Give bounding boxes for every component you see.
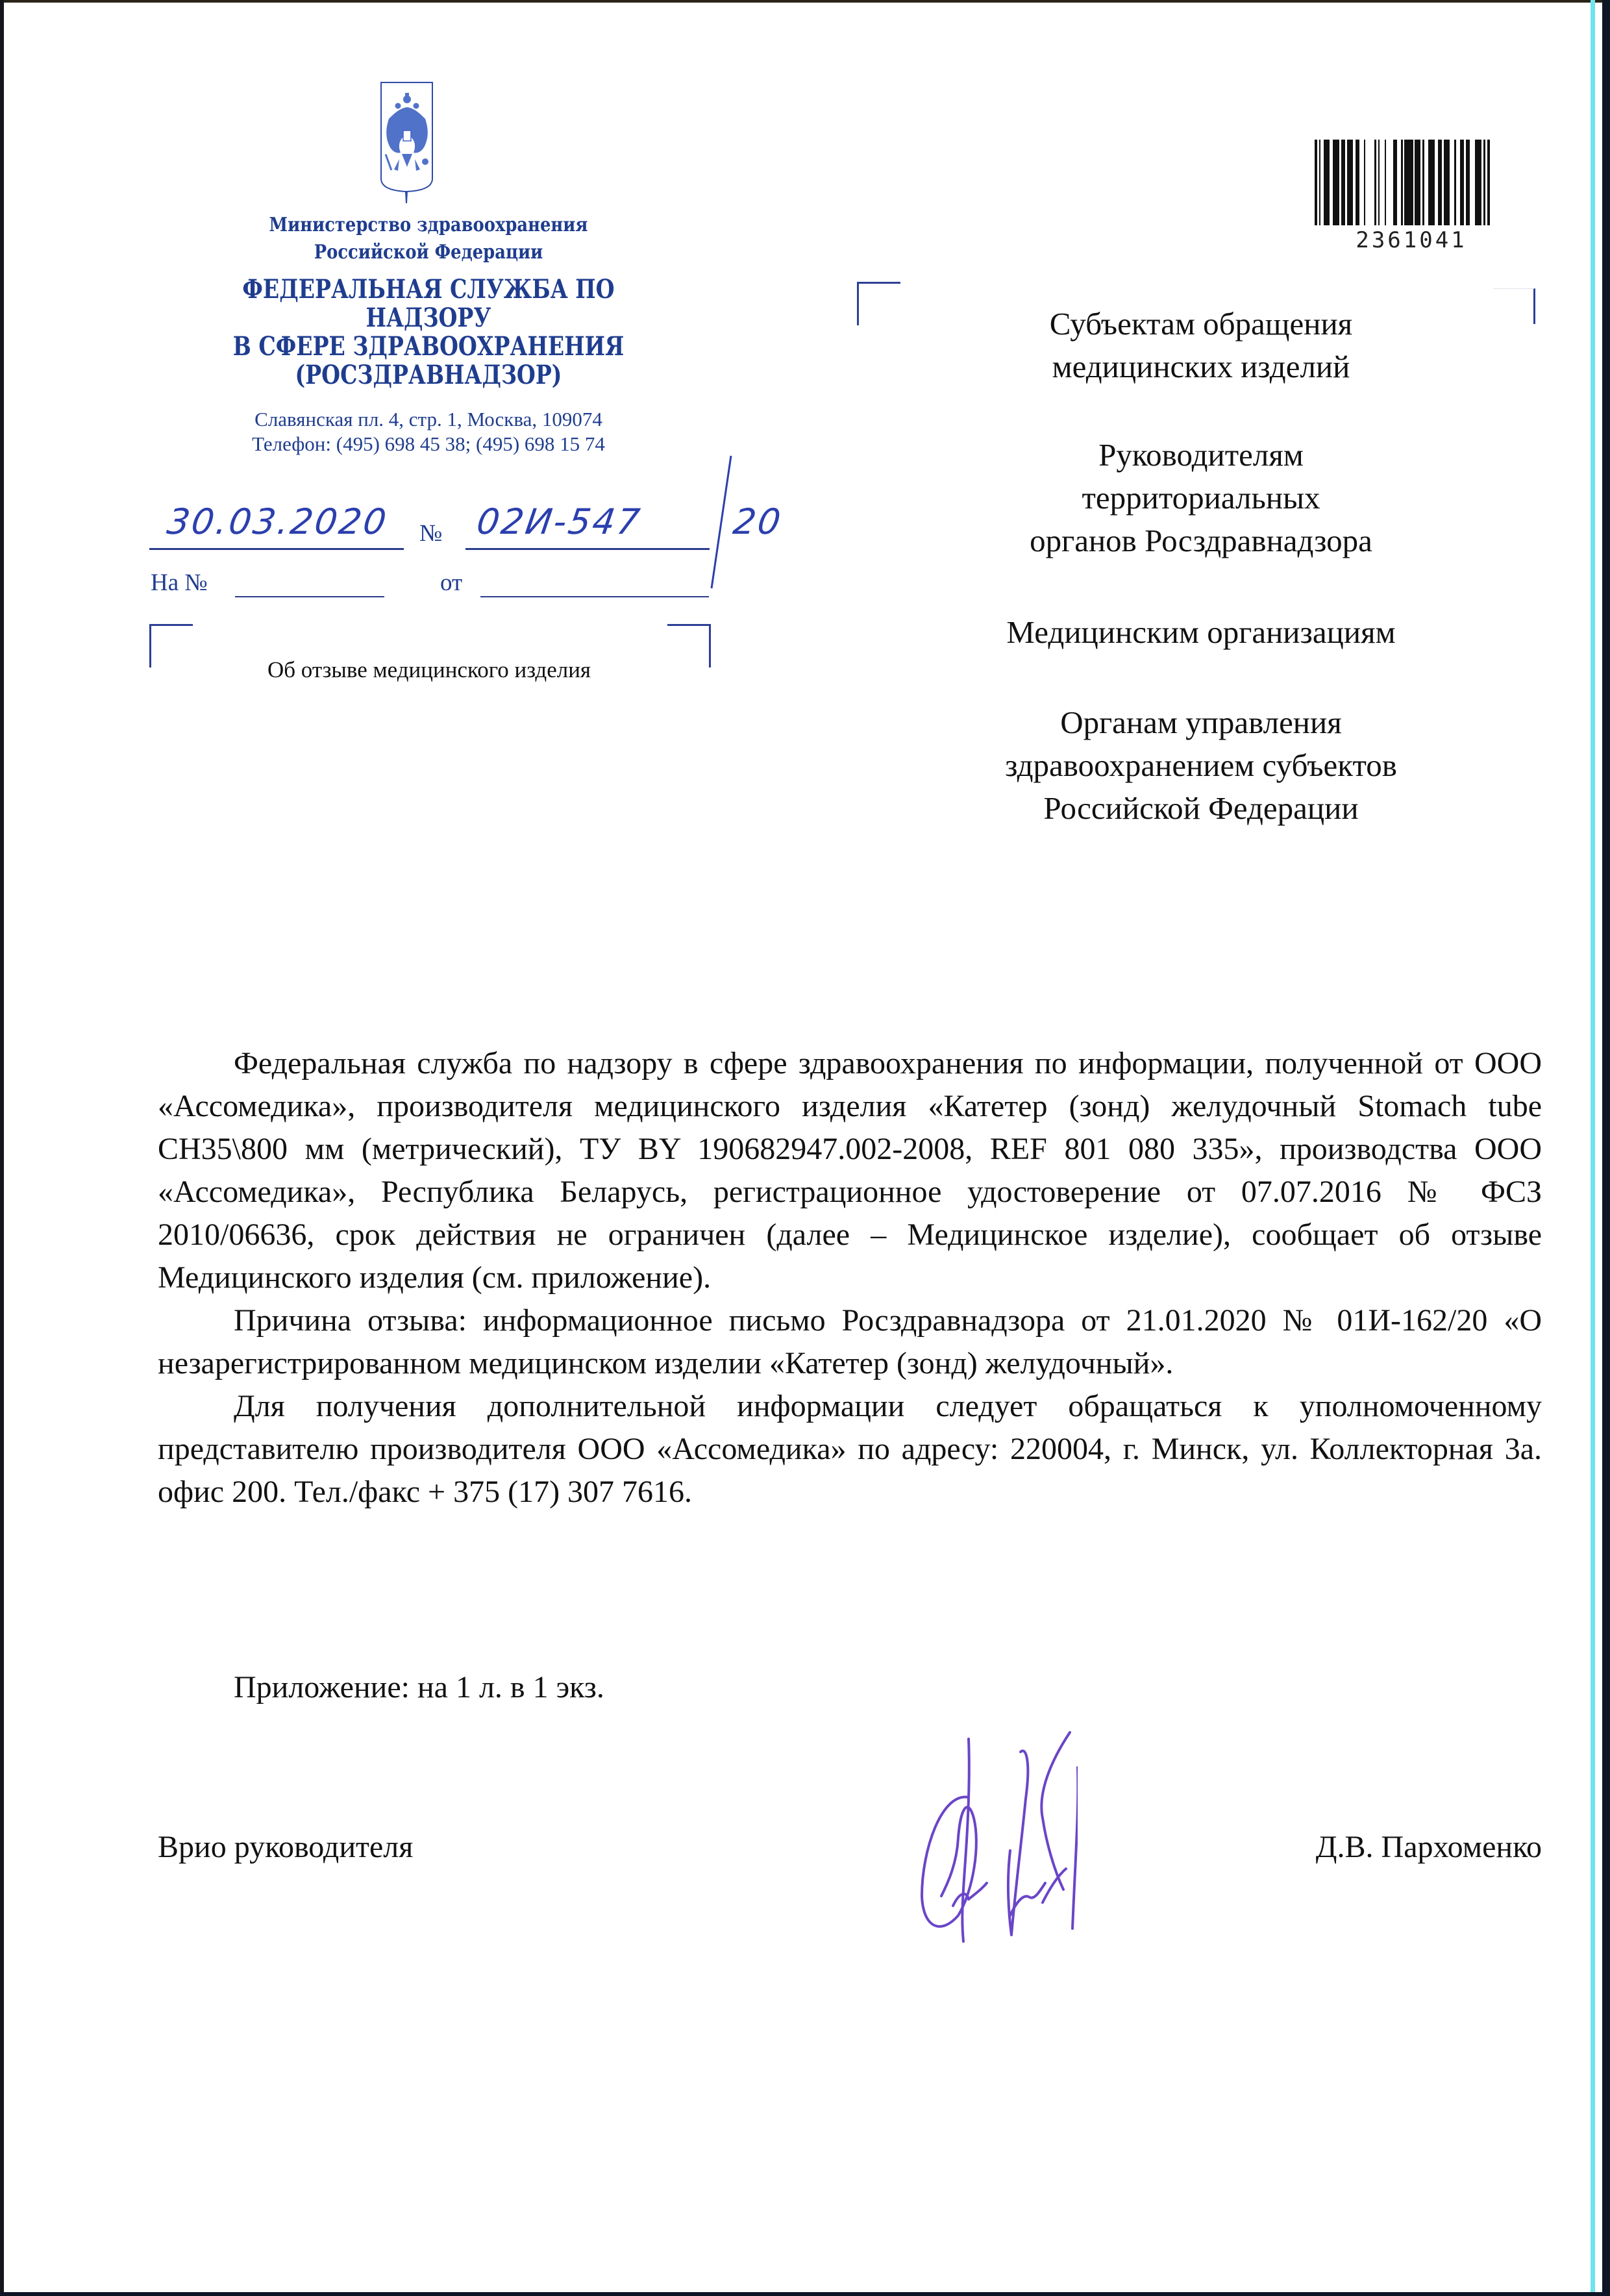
recipient-line: медицинских изделий — [863, 345, 1539, 388]
ministry-line-1: Министерство здравоохранения — [171, 212, 685, 239]
registration-number: 02И-547 — [475, 501, 645, 542]
body-paragraph-1: Федеральная служба по надзору в сфере зд… — [158, 1042, 1542, 1299]
scan-edge-right — [1602, 0, 1610, 2296]
letter-subject: Об отзыве медицинского изделия — [149, 657, 709, 683]
service-line-2: В СФЕРЕ ЗДРАВООХРАНЕНИЯ — [180, 332, 676, 361]
recipient-line: Органам управления — [863, 701, 1539, 744]
signatory-role: Врио руководителя — [158, 1829, 413, 1865]
barcode — [1315, 140, 1508, 225]
reply-date-field — [480, 596, 709, 597]
recipient-line: территориальных — [863, 477, 1539, 519]
number-sign: № — [419, 519, 442, 547]
recipient-line: Субъектам обращения — [863, 303, 1539, 345]
coat-of-arms-icon — [380, 81, 434, 205]
body-paragraph-2: Причина отзыва: информационное письмо Ро… — [158, 1299, 1542, 1385]
recipient-4: Органам управления здравоохранением субъ… — [863, 701, 1539, 830]
date-underline — [149, 548, 404, 550]
handwritten-signature-icon — [896, 1721, 1078, 1954]
body-paragraph-3: Для получения дополнительной информации … — [158, 1385, 1542, 1514]
reply-from-label: от — [440, 569, 462, 597]
reply-to-label: На № — [151, 569, 208, 597]
recipient-line: Медицинским организациям — [863, 611, 1539, 654]
attachment-note: Приложение: на 1 л. в 1 экз. — [234, 1669, 604, 1705]
registration-number-suffix: 20 — [731, 501, 786, 542]
scan-artifact-line — [1591, 0, 1595, 2296]
barcode-number: 2361041 — [1315, 227, 1508, 253]
contact-block: Славянская пл. 4, стр. 1, Москва, 109074… — [130, 407, 727, 456]
service-line-3: (РОСЗДРАВНАДЗОР) — [180, 361, 676, 390]
address: Славянская пл. 4, стр. 1, Москва, 109074 — [130, 407, 727, 432]
recipient-line: Руководителям — [863, 434, 1539, 477]
ministry-name: Министерство здравоохранения Российской … — [171, 212, 685, 266]
slash-mark-icon — [708, 455, 734, 591]
service-name: ФЕДЕРАЛЬНАЯ СЛУЖБА ПО НАДЗОРУ В СФЕРЕ ЗД… — [180, 275, 676, 390]
service-line-1: ФЕДЕРАЛЬНАЯ СЛУЖБА ПО НАДЗОРУ — [180, 275, 676, 332]
recipient-line: органов Росздравнадзора — [863, 519, 1539, 562]
signatory-name: Д.В. Пархоменко — [1316, 1829, 1542, 1865]
ministry-line-2: Российской Федерации — [171, 239, 685, 266]
recipient-line: Российской Федерации — [863, 787, 1539, 830]
scan-edge-left — [0, 0, 4, 2296]
reply-number-field — [235, 596, 384, 597]
recipient-1: Субъектам обращения медицинских изделий — [863, 303, 1539, 388]
recipient-2: Руководителям территориальных органов Ро… — [863, 434, 1539, 562]
scan-edge-top — [0, 0, 1610, 3]
registration-date: 30.03.2020 — [165, 501, 391, 542]
number-underline — [465, 548, 710, 550]
phone: Телефон: (495) 698 45 38; (495) 698 15 7… — [130, 432, 727, 456]
scan-edge-bottom — [0, 2292, 1610, 2296]
recipient-line: здравоохранением субъектов — [863, 744, 1539, 787]
letter-body: Федеральная служба по надзору в сфере зд… — [158, 1042, 1542, 1514]
recipient-3: Медицинским организациям — [863, 611, 1539, 654]
